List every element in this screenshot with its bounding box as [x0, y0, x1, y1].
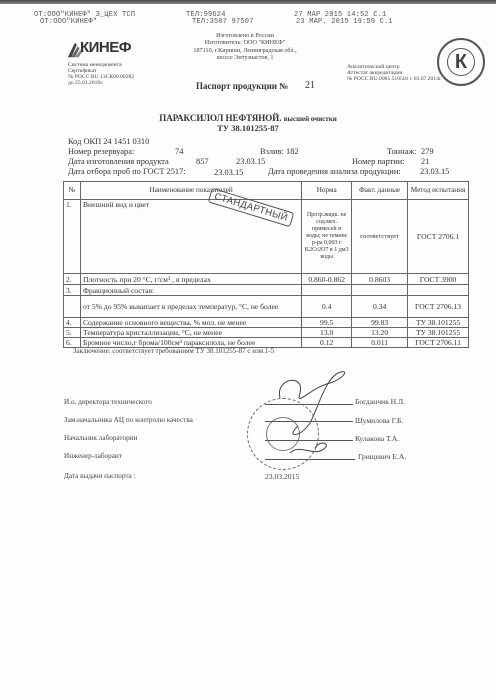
table-row: 4. Содержание основного вещества, % мол.…	[64, 318, 469, 328]
row-method: ГОСТ 2706.11	[408, 338, 469, 348]
row-num: 4.	[64, 318, 81, 328]
row-fact: 99.83	[352, 318, 408, 328]
fax-tel-line-2: ТЕЛ:3507 97507	[192, 18, 254, 26]
table-row: 6. Бромное число,г брома/100см³ параксил…	[64, 338, 469, 348]
signature-line	[265, 404, 353, 405]
signature-name: Кулакова Т.А.	[355, 434, 399, 443]
company-cert-line: до 25.01.2016г.	[68, 80, 103, 86]
table-row: 2. Плотность при 20 °С, г/см³ , в предел…	[64, 274, 469, 285]
conclusion-text: Заключение: соответствует требованиям ТУ…	[73, 347, 274, 355]
header-fact: Факт. данные	[352, 182, 408, 200]
row-fact: 13.20	[352, 328, 408, 338]
row-name: от 5% до 95% выкипает в пределах темпера…	[80, 296, 301, 318]
header-method: Метод испытания	[408, 182, 469, 200]
analysis-date-label: Дата проведения анализа продукции:	[268, 167, 401, 176]
row-num: 3.	[64, 285, 81, 296]
fill-label: Взлив:	[260, 147, 284, 156]
row-name: Температура кристаллизации, °С, не менее	[80, 328, 301, 338]
mfg-code: 857	[196, 157, 209, 166]
row-method: ТУ 38.101255	[408, 328, 469, 338]
row-num: 1.	[64, 200, 81, 274]
signature-role: Инженер-лаборант	[64, 452, 122, 460]
signature-name: Грищевич Е.А.	[358, 452, 406, 461]
row-norm: 99.5	[302, 318, 352, 328]
row-norm: 0.860-0.862	[302, 274, 352, 285]
mfg-date-value: 23.03.15	[236, 157, 265, 166]
manufacturer-line: 187110, г.Кириши, Ленинградская обл.,	[150, 47, 340, 54]
row-fact	[352, 285, 408, 296]
row-name: Плотность при 20 °С, г/см³ , в пределах	[80, 274, 301, 285]
manufacturer-block: Изготовлено в России Изготовитель: ООО "…	[150, 32, 340, 62]
tonnage-label: Тоннаж:	[387, 147, 416, 156]
product-spec: ТУ 38.101255-87	[0, 123, 496, 133]
row-norm: 13.0	[302, 328, 352, 338]
signature-line	[265, 440, 353, 441]
row-name: Фракционный состав:	[80, 285, 301, 296]
header-norm: Норма	[302, 182, 352, 200]
product-title: ПАРАКСИЛОЛ НЕФТЯНОЙ. высшей очистки	[0, 113, 496, 123]
tank-value: 74	[175, 147, 183, 156]
row-norm: 0.12	[302, 338, 352, 348]
tank-label: Номер резервуара:	[68, 147, 134, 156]
table-header-row: № Наименование показателей Норма Факт. д…	[64, 182, 469, 200]
row-num: 2.	[64, 274, 81, 285]
row-method: ГОСТ 2706.1	[408, 200, 469, 274]
row-norm: Прозр.жидк. не сод.мех. примесей и воды;…	[302, 200, 352, 274]
row-method: ТУ 38.101255	[408, 318, 469, 328]
manufacturer-line: шоссе Энтузиастов, 1	[150, 54, 340, 61]
row-fact: 0.011	[352, 338, 408, 348]
row-num: 6.	[64, 338, 81, 348]
sample-date-value: 23.03.15	[214, 168, 243, 177]
lab-line: № РОСС RU.0001.510501 с 03.07.2014г.	[347, 76, 442, 82]
row-method: ГОСТ 3900	[408, 274, 469, 285]
lab-seal-icon: К	[437, 38, 485, 86]
row-method	[408, 285, 469, 296]
table-row: от 5% до 95% выкипает в пределах темпера…	[64, 296, 469, 318]
lab-seal-letter: К	[447, 48, 475, 76]
signature-role: И.о. директора технического	[64, 398, 152, 406]
scan-top-edge	[0, 0, 496, 4]
signature-line	[265, 421, 353, 422]
row-fact: соответствует	[352, 200, 408, 274]
signature-name: Шумилова Г.Б.	[355, 416, 403, 425]
signature-name: Богданчик Н.Л.	[355, 397, 405, 406]
row-method: ГОСТ 2706.13	[408, 296, 469, 318]
row-num	[64, 296, 81, 318]
row-name: Бромное число,г брома/100см³ параксилола…	[80, 338, 301, 348]
product-title-main: ПАРАКСИЛОЛ НЕФТЯНОЙ.	[159, 113, 281, 123]
passport-number: 21	[305, 80, 315, 91]
mfg-date-label: Дата изготовления продукта	[68, 157, 169, 166]
row-norm: 0.4	[302, 296, 352, 318]
manufacturer-line: Изготовлено в России	[150, 32, 340, 39]
company-logo-text: КИНЕФ	[80, 39, 131, 56]
analysis-date-value: 23.03.15	[420, 167, 449, 176]
header-num: №	[64, 182, 81, 200]
table-row: 3. Фракционный состав:	[64, 285, 469, 296]
row-fact: 0.8603	[352, 274, 408, 285]
batch-value: 21	[421, 157, 429, 166]
signature-line	[265, 459, 355, 460]
row-fact: 0.34	[352, 296, 408, 318]
signature-scribble-icon	[270, 368, 360, 463]
header-name: Наименование показателей	[80, 182, 301, 200]
product-title-grade: высшей очистки	[284, 115, 337, 123]
signature-role: Зам.начальника АЦ по контролю качества	[64, 416, 193, 424]
tonnage-value: 279	[421, 147, 434, 156]
table-row: 5. Температура кристаллизации, °С, не ме…	[64, 328, 469, 338]
row-name: Содержание основного вещества, % мол. не…	[80, 318, 301, 328]
sample-date-label: Дата отбора проб по ГОСТ 2517:	[68, 167, 186, 176]
manufacturer-line: Изготовитель: ООО "КИНЕФ"	[150, 39, 340, 46]
issue-date-value: 23.03.2015	[265, 472, 299, 481]
fax-from-line-2: ОТ:ООО"КИНЕФ"	[40, 18, 97, 26]
row-norm	[302, 285, 352, 296]
signature-role: Начальник лаборатории	[64, 434, 137, 442]
row-num: 5.	[64, 328, 81, 338]
passport-label: Паспорт продукции №	[196, 81, 288, 91]
fill-value: 182	[286, 147, 299, 156]
fax-date-line-2: 23 МАР. 2015 19:59 С.1	[296, 18, 393, 26]
issue-date-label: Дата выдачи паспорта :	[64, 472, 136, 480]
okp-code: Код ОКП 24 1451 0310	[68, 137, 149, 146]
batch-label: Номер партии:	[352, 157, 405, 166]
